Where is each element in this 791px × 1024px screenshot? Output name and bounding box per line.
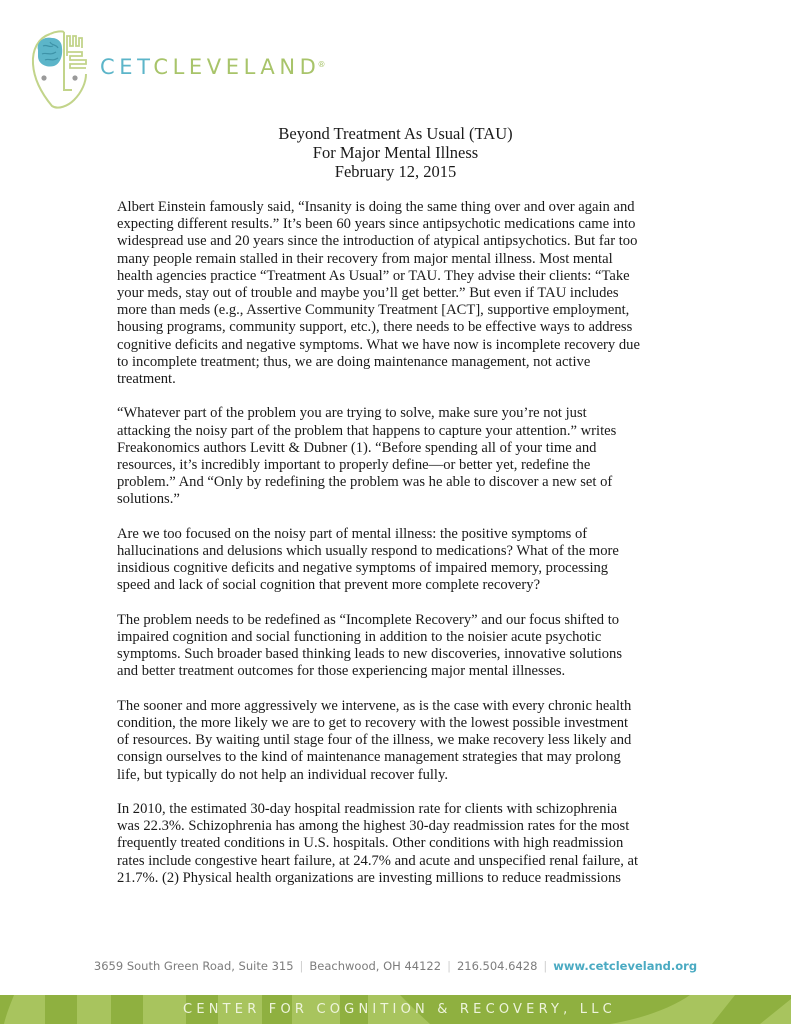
paragraph-early-intervention: The sooner and more aggressively we inte… [117,698,677,784]
text-line: your meds, stay out of trouble and maybe… [117,285,677,302]
text-line: of resources. By waiting until stage fou… [117,732,677,749]
text-line: 21.7%. (2) Physical health organizations… [117,870,677,887]
text-line: life, but typically do not help an indiv… [117,767,677,784]
text-line: expecting different results.” It’s been … [117,216,677,233]
document-title-block: Beyond Treatment As Usual (TAU) For Majo… [0,124,791,181]
text-line: Freakonomics authors Levitt & Dubner (1)… [117,440,677,457]
text-line: resources, it’s incredibly important to … [117,457,677,474]
text-line: Albert Einstein famously said, “Insanity… [117,199,677,216]
text-line: solutions.” [117,491,677,508]
logo-text-cleveland: CLEVELAND [153,55,320,79]
document-title: Beyond Treatment As Usual (TAU) [0,124,791,143]
company-logo-wordmark: CETCLEVELAND® [100,53,328,81]
text-line: was 22.3%. Schizophrenia has among the h… [117,818,677,835]
paragraph-einstein: Albert Einstein famously said, “Insanity… [117,199,677,388]
registered-trademark-mark: ® [317,60,325,69]
footer-website-link[interactable]: www.cetcleveland.org [553,959,697,973]
text-line: symptoms. Such broader based thinking le… [117,646,677,663]
document-subtitle: For Major Mental Illness [0,143,791,162]
text-line: insidious cognitive deficits and negativ… [117,560,677,577]
text-line: health agencies practice “Treatment As U… [117,268,677,285]
footer-street-address: 3659 South Green Road, Suite 315 [94,959,294,973]
text-line: and better treatment outcomes for those … [117,663,677,680]
text-line: impaired cognition and social functionin… [117,629,677,646]
text-line: hallucinations and delusions which usual… [117,543,677,560]
footer-separator: | [447,959,451,973]
text-line: treatment. [117,371,677,388]
text-line: cognitive deficits and negative symptoms… [117,337,677,354]
paragraph-readmission-rates: In 2010, the estimated 30-day hospital r… [117,801,677,887]
text-line: attacking the noisy part of the problem … [117,423,677,440]
logo-text-cet: CET [100,55,153,79]
footer-contact-line: 3659 South Green Road, Suite 315|Beachwo… [0,958,791,974]
brain-face-logo-icon [28,28,98,110]
text-line: many people remain stalled in their reco… [117,251,677,268]
footer-city-state-zip: Beachwood, OH 44122 [309,959,441,973]
text-line: housing programs, community support, etc… [117,319,677,336]
paragraph-incomplete-recovery: The problem needs to be redefined as “In… [117,612,677,681]
paragraph-noisy-part: Are we too focused on the noisy part of … [117,526,677,595]
company-legal-name: CENTER FOR COGNITION & RECOVERY, LLC [0,995,791,1024]
text-line: rates include congestive heart failure, … [117,853,677,870]
paragraph-freakonomics-quote: “Whatever part of the problem you are tr… [117,405,677,508]
text-line: more than meds (e.g., Assertive Communit… [117,302,677,319]
text-line: widespread use and 20 years since the in… [117,233,677,250]
text-line: frequently treated conditions in U.S. ho… [117,835,677,852]
footer-phone: 216.504.6428 [457,959,537,973]
text-line: consign ourselves to the kind of mainten… [117,749,677,766]
document-date: February 12, 2015 [0,162,791,181]
text-line: “Whatever part of the problem you are tr… [117,405,677,422]
footer-separator: | [300,959,304,973]
text-line: problem.” And “Only by redefining the pr… [117,474,677,491]
text-line: The sooner and more aggressively we inte… [117,698,677,715]
footer-banner: CENTER FOR COGNITION & RECOVERY, LLC [0,995,791,1024]
text-line: The problem needs to be redefined as “In… [117,612,677,629]
text-line: In 2010, the estimated 30-day hospital r… [117,801,677,818]
text-line: speed and lack of social cognition that … [117,577,677,594]
text-line: to incomplete treatment; thus, we are do… [117,354,677,371]
document-body: Albert Einstein famously said, “Insanity… [117,199,677,904]
text-line: condition, the more likely we are to get… [117,715,677,732]
footer-separator: | [543,959,547,973]
text-line: Are we too focused on the noisy part of … [117,526,677,543]
letterhead: CETCLEVELAND® [0,0,791,115]
